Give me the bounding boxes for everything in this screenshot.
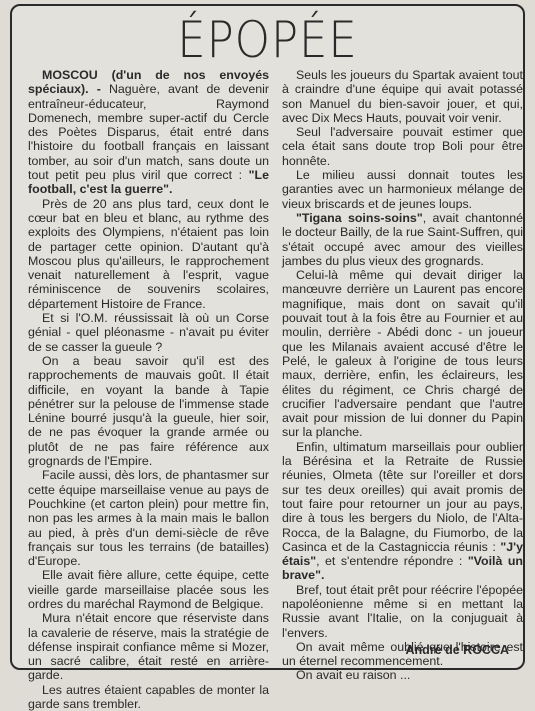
paragraph: On a beau savoir qu'il est des rapproche… xyxy=(28,354,269,468)
quote: "Tigana soins-soins" xyxy=(296,211,423,225)
paragraph: Elle avait fière allure, cette équipe, c… xyxy=(28,568,269,611)
paragraph: Facile aussi, dès lors, de phantasmer su… xyxy=(28,468,269,568)
paragraph: Mura n'était encore que réserviste dans … xyxy=(28,611,269,679)
paragraph: Près de 20 ans plus tard, ceux dont le c… xyxy=(28,197,269,311)
author-signature: André de ROCCA xyxy=(406,643,509,657)
paragraph: Seul l'adversaire pouvait estimer que ce… xyxy=(282,125,523,168)
paragraph: Le milieu aussi donnait toutes les garan… xyxy=(282,168,523,211)
paragraph: Seuls les joueurs du Spartak avaient tou… xyxy=(282,68,523,125)
right-column: Seuls les joueurs du Spartak avaient tou… xyxy=(282,68,523,679)
article-title: ÉPOPÉE xyxy=(38,12,498,68)
paragraph: On avait eu raison ... xyxy=(282,668,523,679)
paragraph: Enfin, ultimatum marseillais pour oublie… xyxy=(282,440,523,583)
paragraph: Et si l'O.M. réussissait là où un Corse … xyxy=(28,311,269,354)
paragraph: MOSCOU (d'un de nos envoyés spéciaux). -… xyxy=(28,68,269,197)
paragraph: Celui-là même qui devait diriger la manœ… xyxy=(282,268,523,440)
paragraph: Bref, tout était prêt pour réécrire l'ép… xyxy=(282,583,523,640)
paragraph: "Tigana soins-soins", avait chantonné le… xyxy=(282,211,523,268)
left-column: MOSCOU (d'un de nos envoyés spéciaux). -… xyxy=(28,68,269,679)
